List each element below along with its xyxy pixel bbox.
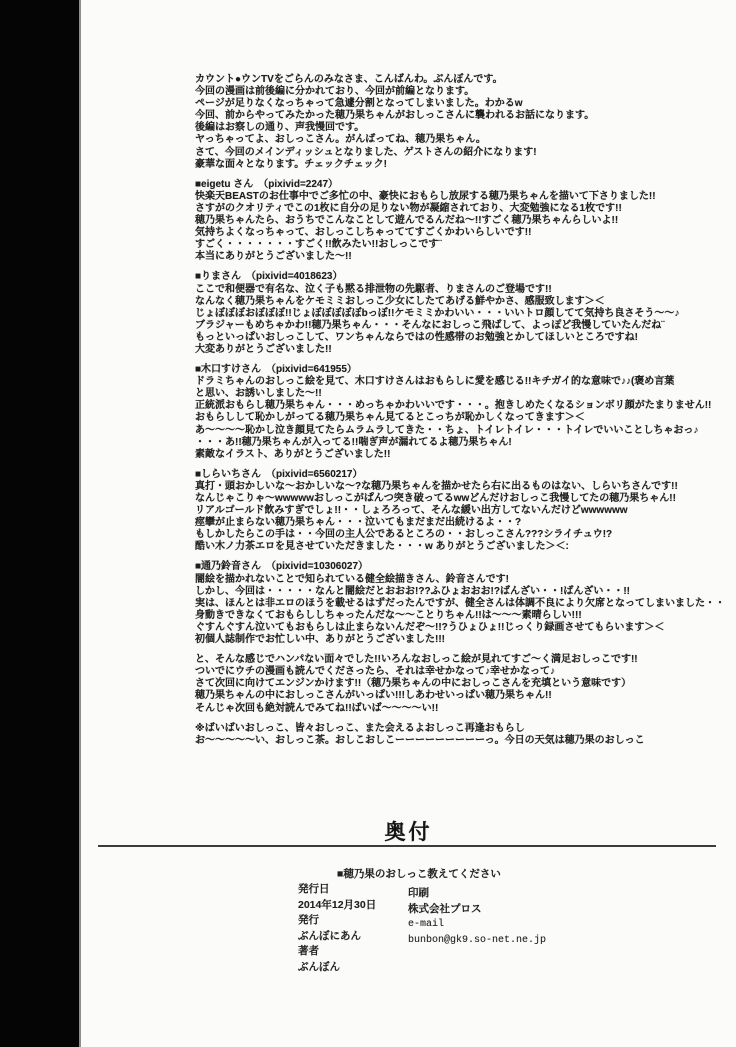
text-line: 豪華な面々となります。チェックチェック! — [195, 159, 725, 171]
text-line: 正統派おもらし穂乃果ちゃん・・・めっちゃかわいいです・・・。抱きしめたくなるショ… — [195, 400, 725, 412]
colophon-entry: 発行 — [298, 913, 376, 929]
paragraph: ■eigetu さん （pixivid=2247）快楽天BEASTのお仕事中でご… — [195, 179, 725, 264]
colophon-right-column: 印刷株式会社プロスe-mailbunbon@gk9.so-net.ne.jp — [408, 886, 546, 948]
text-line: 今回の漫画は前後編に分かれており、今回が前編となります。 — [195, 86, 725, 98]
text-line: すごく・・・・・・・すごく!!飲みたい!!おしっこです¨ — [195, 239, 725, 251]
colophon-entry: 株式会社プロス — [408, 902, 546, 918]
text-line: 本当にありがとうございました～!! — [195, 251, 725, 263]
afterword-text-block: カウント●ウンTVをごらんのみなさま、こんばんわ。ぶんぼんです。今回の漫画は前後… — [195, 74, 725, 755]
paragraph: ■しらいちさん （pixivid=6560217）真打・頭おかしいな～おかしいな… — [195, 469, 725, 554]
text-line: 真打・頭おかしいな～おかしいな～?な穂乃果ちゃんを描かせたら右に出るものはない、… — [195, 481, 725, 493]
text-line: ドラミちゃんのおしっこ絵を見て、木口すけさんはおもらしに愛を感じる!!キチガイ的… — [195, 376, 725, 388]
text-line: さすがのクオリティでこの1枚に自分の足りない物が凝縮されており、大変勉強になる1… — [195, 203, 725, 215]
text-line: あ～～～～恥かし泣き顔見てたらムラムラしてきた・・ちょ、トイレトイレ・・・トイレ… — [195, 425, 725, 437]
colophon-left-column: 発行日2014年12月30日発行ぶんぼにあん著者ぶんぼん — [298, 882, 376, 975]
text-line: ついでにウチの漫画も読んでくださったら、それは幸せかなって♪幸せかなって♪ — [195, 666, 725, 678]
text-line: ヤっちゃってよ、おしっこさん。がんばってね、穂乃果ちゃん。 — [195, 134, 725, 146]
text-line: 今回、前からやってみたかった穂乃果ちゃんがおしっこさんに襲われるお話になります。 — [195, 110, 725, 122]
guest-header-line: ■しらいちさん （pixivid=6560217） — [195, 469, 725, 481]
colophon-divider — [98, 845, 716, 847]
colophon-entry: 著者 — [298, 944, 376, 960]
text-line: ・・・あ!!穂乃果ちゃんが入ってる!!喘ぎ声が漏れてるよ穂乃果ちゃん! — [195, 437, 725, 449]
text-line: じょぼぼぼおぼぼぼ!!じょぼぼぼぼぼbっぼ!!ケモミミかわいい・・・いいトロ顔し… — [195, 308, 725, 320]
text-line: ※ばいばいおしっこ、皆々おしっこ、また会えるよおしっこ再逢おもらし — [195, 723, 725, 735]
text-line: 実は、ほんとは非エロのほうを載せるはずだったんですが、健全さんは体調不良により欠… — [195, 598, 725, 610]
text-line: 初個人誌制作でお忙しい中、ありがとうございました!!! — [195, 634, 725, 646]
text-line: さて次回に向けてエンジンかけます!!（穂乃果ちゃんの中におしっこさんを充填という… — [195, 678, 725, 690]
text-line: そんじゃ次回も絶対読んでみてね!!ばいば～～～～い!! — [195, 703, 725, 715]
text-line: 後編はお察しの通り、声我慢回です。 — [195, 122, 725, 134]
text-line: もっといっぱいおしっこして、ワンちゃんならではの性感帯のお勉強とかしてほしいとこ… — [195, 332, 725, 344]
paragraph: カウント●ウンTVをごらんのみなさま、こんばんわ。ぶんぼんです。今回の漫画は前後… — [195, 74, 725, 171]
text-line: おもらしして恥かしがってる穂乃果ちゃん見てるとこっちが恥かしくなってきます＞＜ — [195, 412, 725, 424]
paragraph: ■通乃鈴音さん （pixivid=10306027）闇絵を描かれないことで知られ… — [195, 561, 725, 646]
text-line: 気持ちよくなっちゃって、おしっこしちゃっててすごくかわいらしいです!! — [195, 227, 725, 239]
guest-header-line: ■eigetu さん （pixivid=2247） — [195, 179, 725, 191]
scan-edge-black-strip — [0, 0, 81, 1047]
paragraph: ※ばいばいおしっこ、皆々おしっこ、また会えるよおしっこ再逢おもらしお～～～～～い… — [195, 723, 725, 747]
text-line: しかし、今回は・・・・・なんと闇絵だとおおお!??ふひょおおお!?ばんざい・・!… — [195, 586, 725, 598]
text-line: 酷い木ノ力茶エロを見させていただきました・・・w ありがとうございました＞＜: — [195, 541, 725, 553]
colophon-heading: 奥付 — [81, 816, 736, 846]
text-line: 痙攣が止まらない穂乃果ちゃん・・・泣いてもまだまだ出続けるよ・・? — [195, 517, 725, 529]
text-line: なんじゃこりゃ～wwwwwおしっこがぱんつ突き破ってるwwどんだけおしっこ我慢し… — [195, 493, 725, 505]
text-line: 穂乃果ちゃんの中におしっこさんがいっぱい!!!しあわせいっぱい穂乃果ちゃん!! — [195, 690, 725, 702]
colophon-entry: 印刷 — [408, 886, 546, 902]
book-title: ■穂乃果のおしっこ教えてください — [337, 866, 501, 881]
scanned-page: { "colors": { "page_bg": "#fbfbfa", "ink… — [0, 0, 736, 1047]
text-line: と、そんな感じでハンパない面々でした!!いろんなおしっこ絵が見れてすご～く満足お… — [195, 654, 725, 666]
colophon-entry: ぶんぼにあん — [298, 929, 376, 945]
text-line: 大変ありがとうございました!! — [195, 344, 725, 356]
paragraph: ■木口すけさん （pixivid=641955）ドラミちゃんのおしっこ絵を見て、… — [195, 364, 725, 461]
text-line: 身動きできなくておもらししちゃったんだな～～ことりちゃん!!は～～～素晴らしい!… — [195, 610, 725, 622]
colophon-entry: 2014年12月30日 — [298, 898, 376, 914]
text-line: ページが足りなくなっちゃって急遽分割となってしまいました。わかるw — [195, 98, 725, 110]
text-line: 素敵なイラスト、ありがとうございました!! — [195, 449, 725, 461]
text-line: 穂乃果ちゃんたら、おうちでこんなことして遊んでるんだね～!!すごく穂乃果ちゃんら… — [195, 215, 725, 227]
text-line: と思い、お誘いしました～!! — [195, 388, 725, 400]
text-line: カウント●ウンTVをごらんのみなさま、こんばんわ。ぶんぼんです。 — [195, 74, 725, 86]
guest-header-line: ■通乃鈴音さん （pixivid=10306027） — [195, 561, 725, 573]
text-line: お～～～～～い、おしっこ茶。おしこおしこーーーーーーーーーっ。今日の天気は穂乃果… — [195, 735, 725, 747]
text-line: ぐすんぐすん泣いてもおもらしは止まらないんだぞ～!!?うひょひょ!!じっくり録画… — [195, 622, 725, 634]
colophon-entry: 発行日 — [298, 882, 376, 898]
colophon-entry: ぶんぼん — [298, 960, 376, 976]
colophon-entry: bunbon@gk9.so-net.ne.jp — [408, 933, 546, 949]
text-line: なんなく穂乃果ちゃんをケモミミおしっこ少女にしたてあげる鮮やかさ、感服致します＞… — [195, 296, 725, 308]
paragraph: ■りまさん （pixivid=4018623）ここで和便器で有名な、泣く子も黙る… — [195, 271, 725, 356]
text-line: ここで和便器で有名な、泣く子も黙る排泄物の先駆者、りまさんのご登場です!! — [195, 284, 725, 296]
text-line: 闇絵を描かれないことで知られている健全絵描きさん、鈴音さんです! — [195, 574, 725, 586]
text-line: ブラジャーもめちゃかわ!!穂乃果ちゃん・・・そんなにおしっこ飛ばして、よっぽど我… — [195, 320, 725, 332]
colophon-entry: e-mail — [408, 917, 546, 933]
paragraph: と、そんな感じでハンパない面々でした!!いろんなおしっこ絵が見れてすご～く満足お… — [195, 654, 725, 714]
guest-header-line: ■りまさん （pixivid=4018623） — [195, 271, 725, 283]
text-line: もしかしたらこの手は・・今回の主人公であるところの・・おしっこさん???シライチ… — [195, 529, 725, 541]
guest-header-line: ■木口すけさん （pixivid=641955） — [195, 364, 725, 376]
text-line: さて、今回のメインディッシュとなりました、ゲストさんの紹介になります! — [195, 147, 725, 159]
text-line: リアルゴールド飲みすぎでしょ!!・・しょろろって、そんな緩い出方してないんだけど… — [195, 505, 725, 517]
text-line: 快楽天BEASTのお仕事中でご多忙の中、豪快におもらし放尿する穂乃果ちゃんを描い… — [195, 191, 725, 203]
